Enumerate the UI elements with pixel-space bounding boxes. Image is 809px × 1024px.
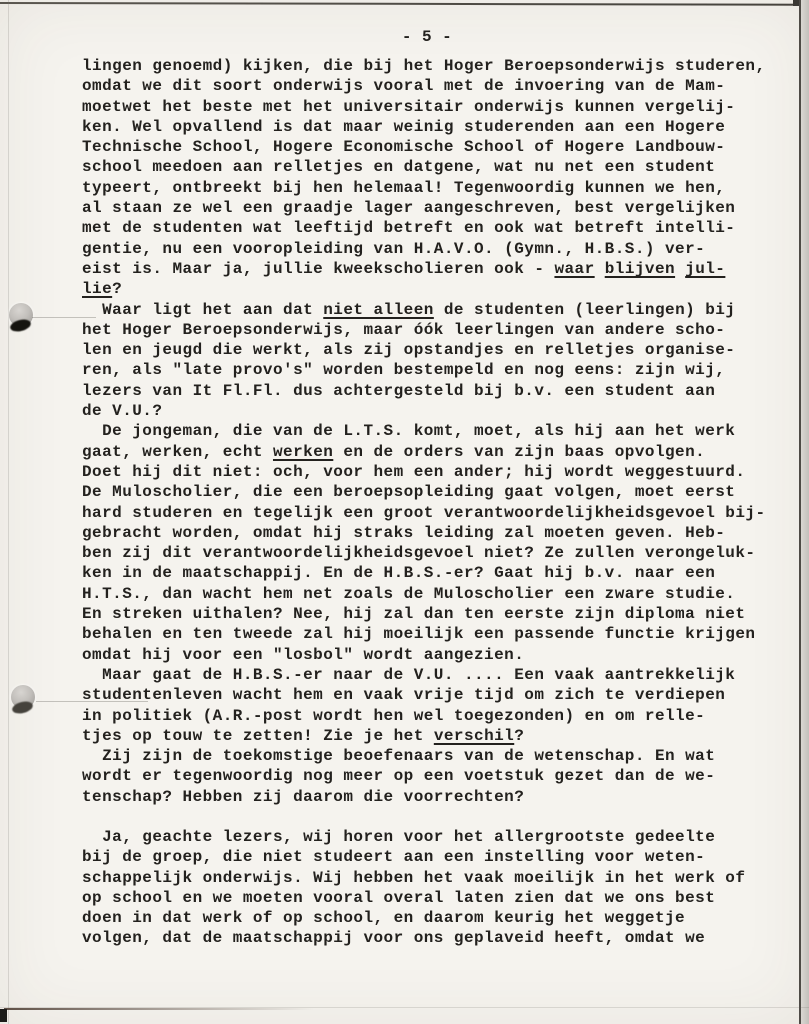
scan-background-strip <box>801 0 809 1024</box>
text-line: Technische School, Hogere Economische Sc… <box>82 137 792 157</box>
text-line: Maar gaat de H.B.S.-er naar de V.U. ....… <box>82 665 792 685</box>
page-fold-line <box>8 0 9 1024</box>
text-line: ben zij dit verantwoordelijkheidsgevoel … <box>82 543 792 563</box>
scan-mark-bottom <box>4 1008 314 1010</box>
text-line: De jongeman, die van de L.T.S. komt, moe… <box>82 421 792 441</box>
paragraph: lingen genoemd) kijken, die bij het Hoge… <box>82 56 792 300</box>
text-line: lezers van It Fl.Fl. dus achtergesteld b… <box>82 381 792 401</box>
text-line: school meedoen aan relletjes en datgene,… <box>82 157 792 177</box>
text-line: gebracht worden, omdat hij straks leidin… <box>82 523 792 543</box>
page-number: - 5 - <box>82 28 772 46</box>
text-line: Ja, geachte lezers, wij horen voor het a… <box>82 827 792 847</box>
hole-punch <box>11 685 37 713</box>
text-line: met de studenten wat leeftijd betreft en… <box>82 218 792 238</box>
text-line: typeert, ontbreekt bij hen helemaal! Teg… <box>82 178 792 198</box>
text-line: ken. Wel opvallend is dat maar weinig st… <box>82 117 792 137</box>
text-line: tjes op touw te zetten! Zie je het versc… <box>82 726 792 746</box>
text-line: Zij zijn de toekomstige beoefenaars van … <box>82 746 792 766</box>
text-line: wordt er tegenwoordig nog meer op een vo… <box>82 766 792 786</box>
text-line: in politiek (A.R.-post wordt hen wel toe… <box>82 706 792 726</box>
document-page: - 5 - lingen genoemd) kijken, die bij he… <box>0 0 809 1024</box>
text-line: ken in de maatschappij. En de H.B.S.-er?… <box>82 563 792 583</box>
text-line: hard studeren en tegelijk een groot vera… <box>82 503 792 523</box>
text-line: gentie, nu een vooropleiding van H.A.V.O… <box>82 239 792 259</box>
text-line: De Muloscholier, die een beroepsopleidin… <box>82 482 792 502</box>
text-line: eist is. Maar ja, jullie kweekscholieren… <box>82 259 792 279</box>
text-line: doen in dat werk of op school, en daarom… <box>82 908 792 928</box>
paragraph: De jongeman, die van de L.T.S. komt, moe… <box>82 421 792 665</box>
text-line: behalen en ten tweede zal hij moeilijk e… <box>82 624 792 644</box>
scan-mark-bottom-left <box>0 1009 7 1022</box>
text-line: Doet hij dit niet: och, voor hem een and… <box>82 462 792 482</box>
text-line: de V.U.? <box>82 401 792 421</box>
text-line: studentenleven wacht hem en vaak vrije t… <box>82 685 792 705</box>
text-line: lie? <box>82 279 792 299</box>
text-line: lingen genoemd) kijken, die bij het Hoge… <box>82 56 792 76</box>
paragraph: Zij zijn de toekomstige beoefenaars van … <box>82 746 792 807</box>
paragraph: Waar ligt het aan dat niet alleen de stu… <box>82 300 792 422</box>
paragraph: Ja, geachte lezers, wij horen voor het a… <box>82 827 792 949</box>
text-line: len en jeugd die werkt, als zij opstandj… <box>82 340 792 360</box>
text-line: al staan ze wel een graadje lager aanges… <box>82 198 792 218</box>
text-line: bij de groep, die niet studeert aan een … <box>82 847 792 867</box>
text-line: tenschap? Hebben zij daarom die voorrech… <box>82 787 792 807</box>
text-line: op school en we moeten vooral overal lat… <box>82 888 792 908</box>
text-line: moetwet het beste met het universitair o… <box>82 97 792 117</box>
text-line: het Hoger Beroepsonderwijs, maar óók lee… <box>82 320 792 340</box>
text-line: gaat, werken, echt werken en de orders v… <box>82 442 792 462</box>
text-line: volgen, dat de maatschappij voor ons gep… <box>82 928 792 948</box>
text-line: Waar ligt het aan dat niet alleen de stu… <box>82 300 792 320</box>
paragraph: Maar gaat de H.B.S.-er naar de V.U. ....… <box>82 665 792 746</box>
text-line: H.T.S., dan wacht hem net zoals de Mulos… <box>82 584 792 604</box>
page-text: lingen genoemd) kijken, die bij het Hoge… <box>82 56 792 949</box>
text-line: omdat hij voor een "losbol" wordt aangez… <box>82 645 792 665</box>
page-top-edge <box>0 2 809 6</box>
text-line: ren, als "late provo's" worden bestempel… <box>82 360 792 380</box>
text-line: schappelijk onderwijs. Wij hebben het va… <box>82 868 792 888</box>
text-line: En streken uithalen? Nee, hij zal dan te… <box>82 604 792 624</box>
text-line: omdat we dit soort onderwijs vooral met … <box>82 76 792 96</box>
